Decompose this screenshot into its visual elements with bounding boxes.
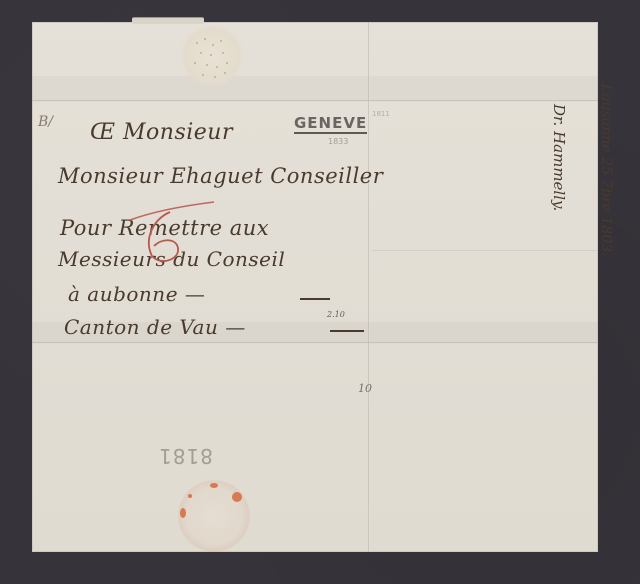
fold-line-top [32, 100, 598, 102]
address-line-2: Monsieur Ehaguet Conseiller [58, 164, 383, 188]
prefix-mark: B/ [38, 114, 53, 130]
address-underline-2 [330, 330, 364, 332]
address-line-1: Œ Monsieur [90, 120, 233, 145]
address-underline-1 [300, 298, 330, 300]
red-charge-mark [122, 200, 222, 270]
address-line-6: Canton de Vau — [64, 315, 246, 339]
pencil-number: 8181 [158, 444, 213, 468]
fold-line-middle [32, 342, 598, 344]
fold-shadow-top [32, 76, 598, 102]
rate-note: 2.10 [327, 310, 345, 319]
postmark-subtext: 1833 [328, 137, 348, 146]
docket-line-1: Lausanne 25 7bre 1803. [598, 84, 614, 257]
docket-line-2: Dr. Hammelly. [550, 104, 568, 211]
address-line-5: à aubonne — [68, 282, 205, 306]
fold-mark-annotation: 10 [358, 382, 372, 395]
postmark-corner-text: 1811 [372, 110, 390, 118]
top-flap-edge [132, 17, 204, 24]
fold-line-right [372, 250, 598, 252]
wax-seal-bottom [178, 480, 250, 552]
geneve-postmark: GENEVE [294, 114, 367, 134]
fold-line-vertical [368, 22, 370, 552]
letter-sheet: B/ GENEVE 1833 1811 Œ Monsieur Monsieur … [32, 22, 598, 552]
embossed-seal-top [180, 24, 244, 88]
